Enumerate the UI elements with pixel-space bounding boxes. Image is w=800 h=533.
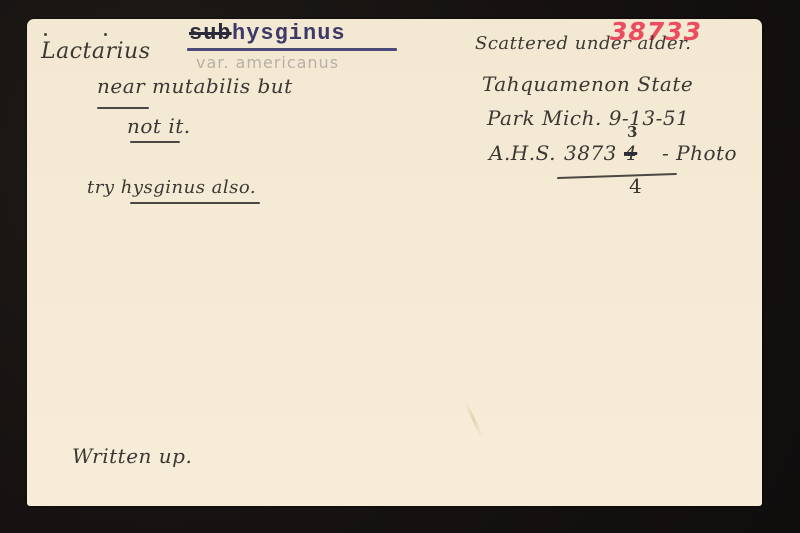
comparison-note: near mutabilis but [97,74,293,98]
species-name: hysginus [232,21,346,46]
pin-hole [44,33,47,36]
fraction-bar [557,173,677,179]
fraction-denominator: 4 [629,174,642,198]
pin-hole [104,33,107,36]
struck-digit: 4 [624,141,637,165]
variety-pencil-note: var. americanus [196,53,339,72]
genus-name: Lactarius [41,39,151,64]
collector-prefix: A.H.S. [489,141,556,165]
overwritten-digit: 3 [627,123,638,141]
written-up-note: Written up. [72,444,192,468]
suggestion-note: try hysginus also. [87,177,256,198]
negation-note: not it. [127,114,191,138]
locality-date-note: Park Mich. 9-13-51 [487,106,689,130]
collector-number: 3873 [564,141,617,165]
near-underline [97,107,149,109]
locality-note: Tahquamenon State [482,72,693,96]
not-underline [130,141,180,143]
species-underline [187,48,397,51]
paper-crease [464,400,484,438]
habitat-note: Scattered under alder. [475,33,691,54]
hysginus-underline [130,202,260,204]
photo-note: - Photo [662,141,737,165]
struck-prefix: sub [189,21,232,46]
specimen-card: Lactarius sub hysginus var. americanus n… [27,19,762,506]
